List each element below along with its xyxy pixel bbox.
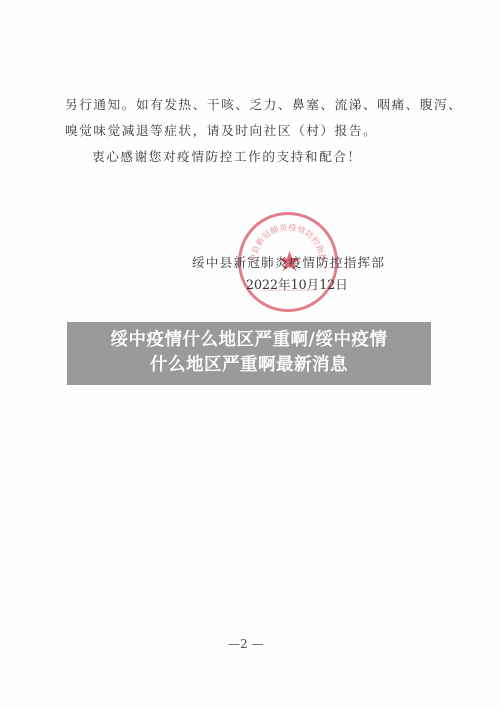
banner-title-line-1: 绥中疫情什么地区严重啊/绥中疫情 [67, 328, 431, 353]
body-line-1: 另行通知。如有发热、干咳、乏力、鼻塞、流涕、咽痛、腹泻、 [65, 94, 462, 113]
signing-date: 2022年10月12日 [246, 274, 348, 293]
body-line-2: 嗅觉味觉减退等症状，请及时向社区（村）报告。 [65, 120, 377, 139]
banner-title-line-2: 什么地区严重啊最新消息 [67, 353, 431, 378]
signing-organization: 绥中县新冠肺炎疫情防控指挥部 [192, 252, 385, 271]
banner-title: 绥中疫情什么地区严重啊/绥中疫情 什么地区严重啊最新消息 [67, 328, 431, 378]
page-number: —2 — [228, 637, 263, 651]
document-page: 另行通知。如有发热、干咳、乏力、鼻塞、流涕、咽痛、腹泻、 嗅觉味觉减退等症状，请… [0, 0, 500, 707]
body-line-3: 衷心感谢您对疫情防控工作的支持和配合！ [92, 146, 362, 165]
title-banner[interactable]: 绥中疫情什么地区严重啊/绥中疫情 什么地区严重啊最新消息 [67, 322, 431, 385]
